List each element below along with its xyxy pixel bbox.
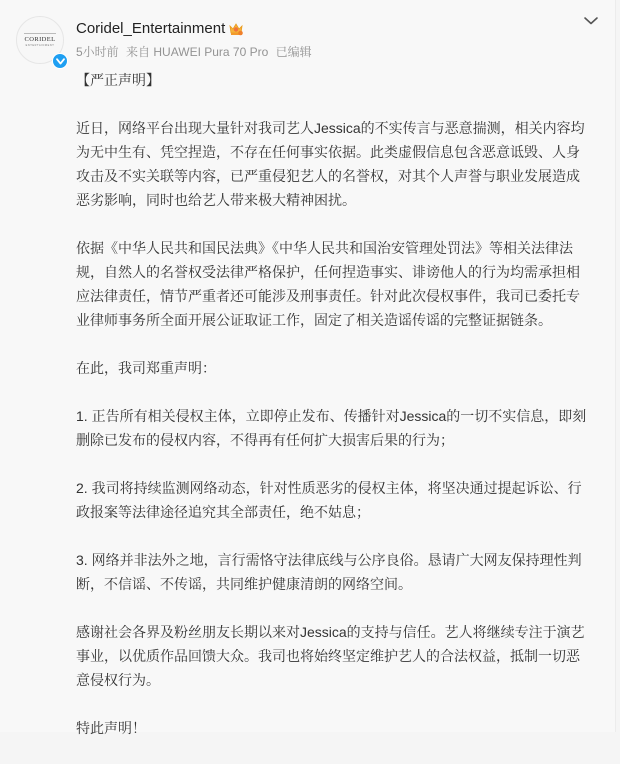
statement-title: 【严正声明】	[76, 68, 591, 92]
post-body: 【严正声明】 近日，网络平台出现大量针对我司艺人Jessica的不实传言与恶意揣…	[76, 68, 591, 732]
paragraph-thanks: 感谢社会各界及粉丝朋友长期以来对Jessica的支持与信任。艺人将继续专注于演艺…	[76, 620, 591, 692]
paragraph-background: 近日，网络平台出现大量针对我司艺人Jessica的不实传言与恶意揣测，相关内容均…	[76, 116, 591, 212]
crown-icon[interactable]	[228, 22, 244, 36]
post-meta: 5小时前 来自 HUAWEI Pura 70 Pro 已编辑	[76, 44, 316, 60]
weibo-post-card: CORIDEL ENTERTAINMENT Coridel_Entertainm…	[0, 0, 616, 732]
avatar-logo-subtext: ENTERTAINMENT	[26, 44, 55, 47]
paragraph-declaration-intro: 在此，我司郑重声明：	[76, 356, 591, 380]
chevron-down-icon[interactable]	[583, 14, 599, 26]
logo-divider	[24, 33, 56, 34]
paragraph-legal-basis: 依据《中华人民共和国民法典》《中华人民共和国治安管理处罚法》等相关法律法规，自然…	[76, 236, 591, 332]
edited-label[interactable]: 已编辑	[276, 45, 312, 59]
paragraph-closing: 特此声明！	[76, 716, 591, 732]
declaration-item-1: 1. 正告所有相关侵权主体，立即停止发布、传播针对Jessica的一切不实信息，…	[76, 404, 591, 452]
verified-badge-icon	[52, 53, 68, 69]
author-name-row: Coridel_Entertainment	[76, 19, 244, 39]
declaration-item-2: 2. 我司将持续监测网络动态，针对性质恶劣的侵权主体，将坚决通过提起诉讼、行政报…	[76, 476, 591, 524]
post-timestamp[interactable]: 5小时前	[76, 45, 119, 59]
author-name-link[interactable]: Coridel_Entertainment	[76, 19, 225, 39]
declaration-item-3: 3. 网络并非法外之地，言行需恪守法律底线与公序良俗。恳请广大网友保持理性判断，…	[76, 548, 591, 596]
avatar-logo-text: CORIDEL	[25, 36, 56, 43]
post-source: 来自 HUAWEI Pura 70 Pro	[126, 45, 268, 59]
